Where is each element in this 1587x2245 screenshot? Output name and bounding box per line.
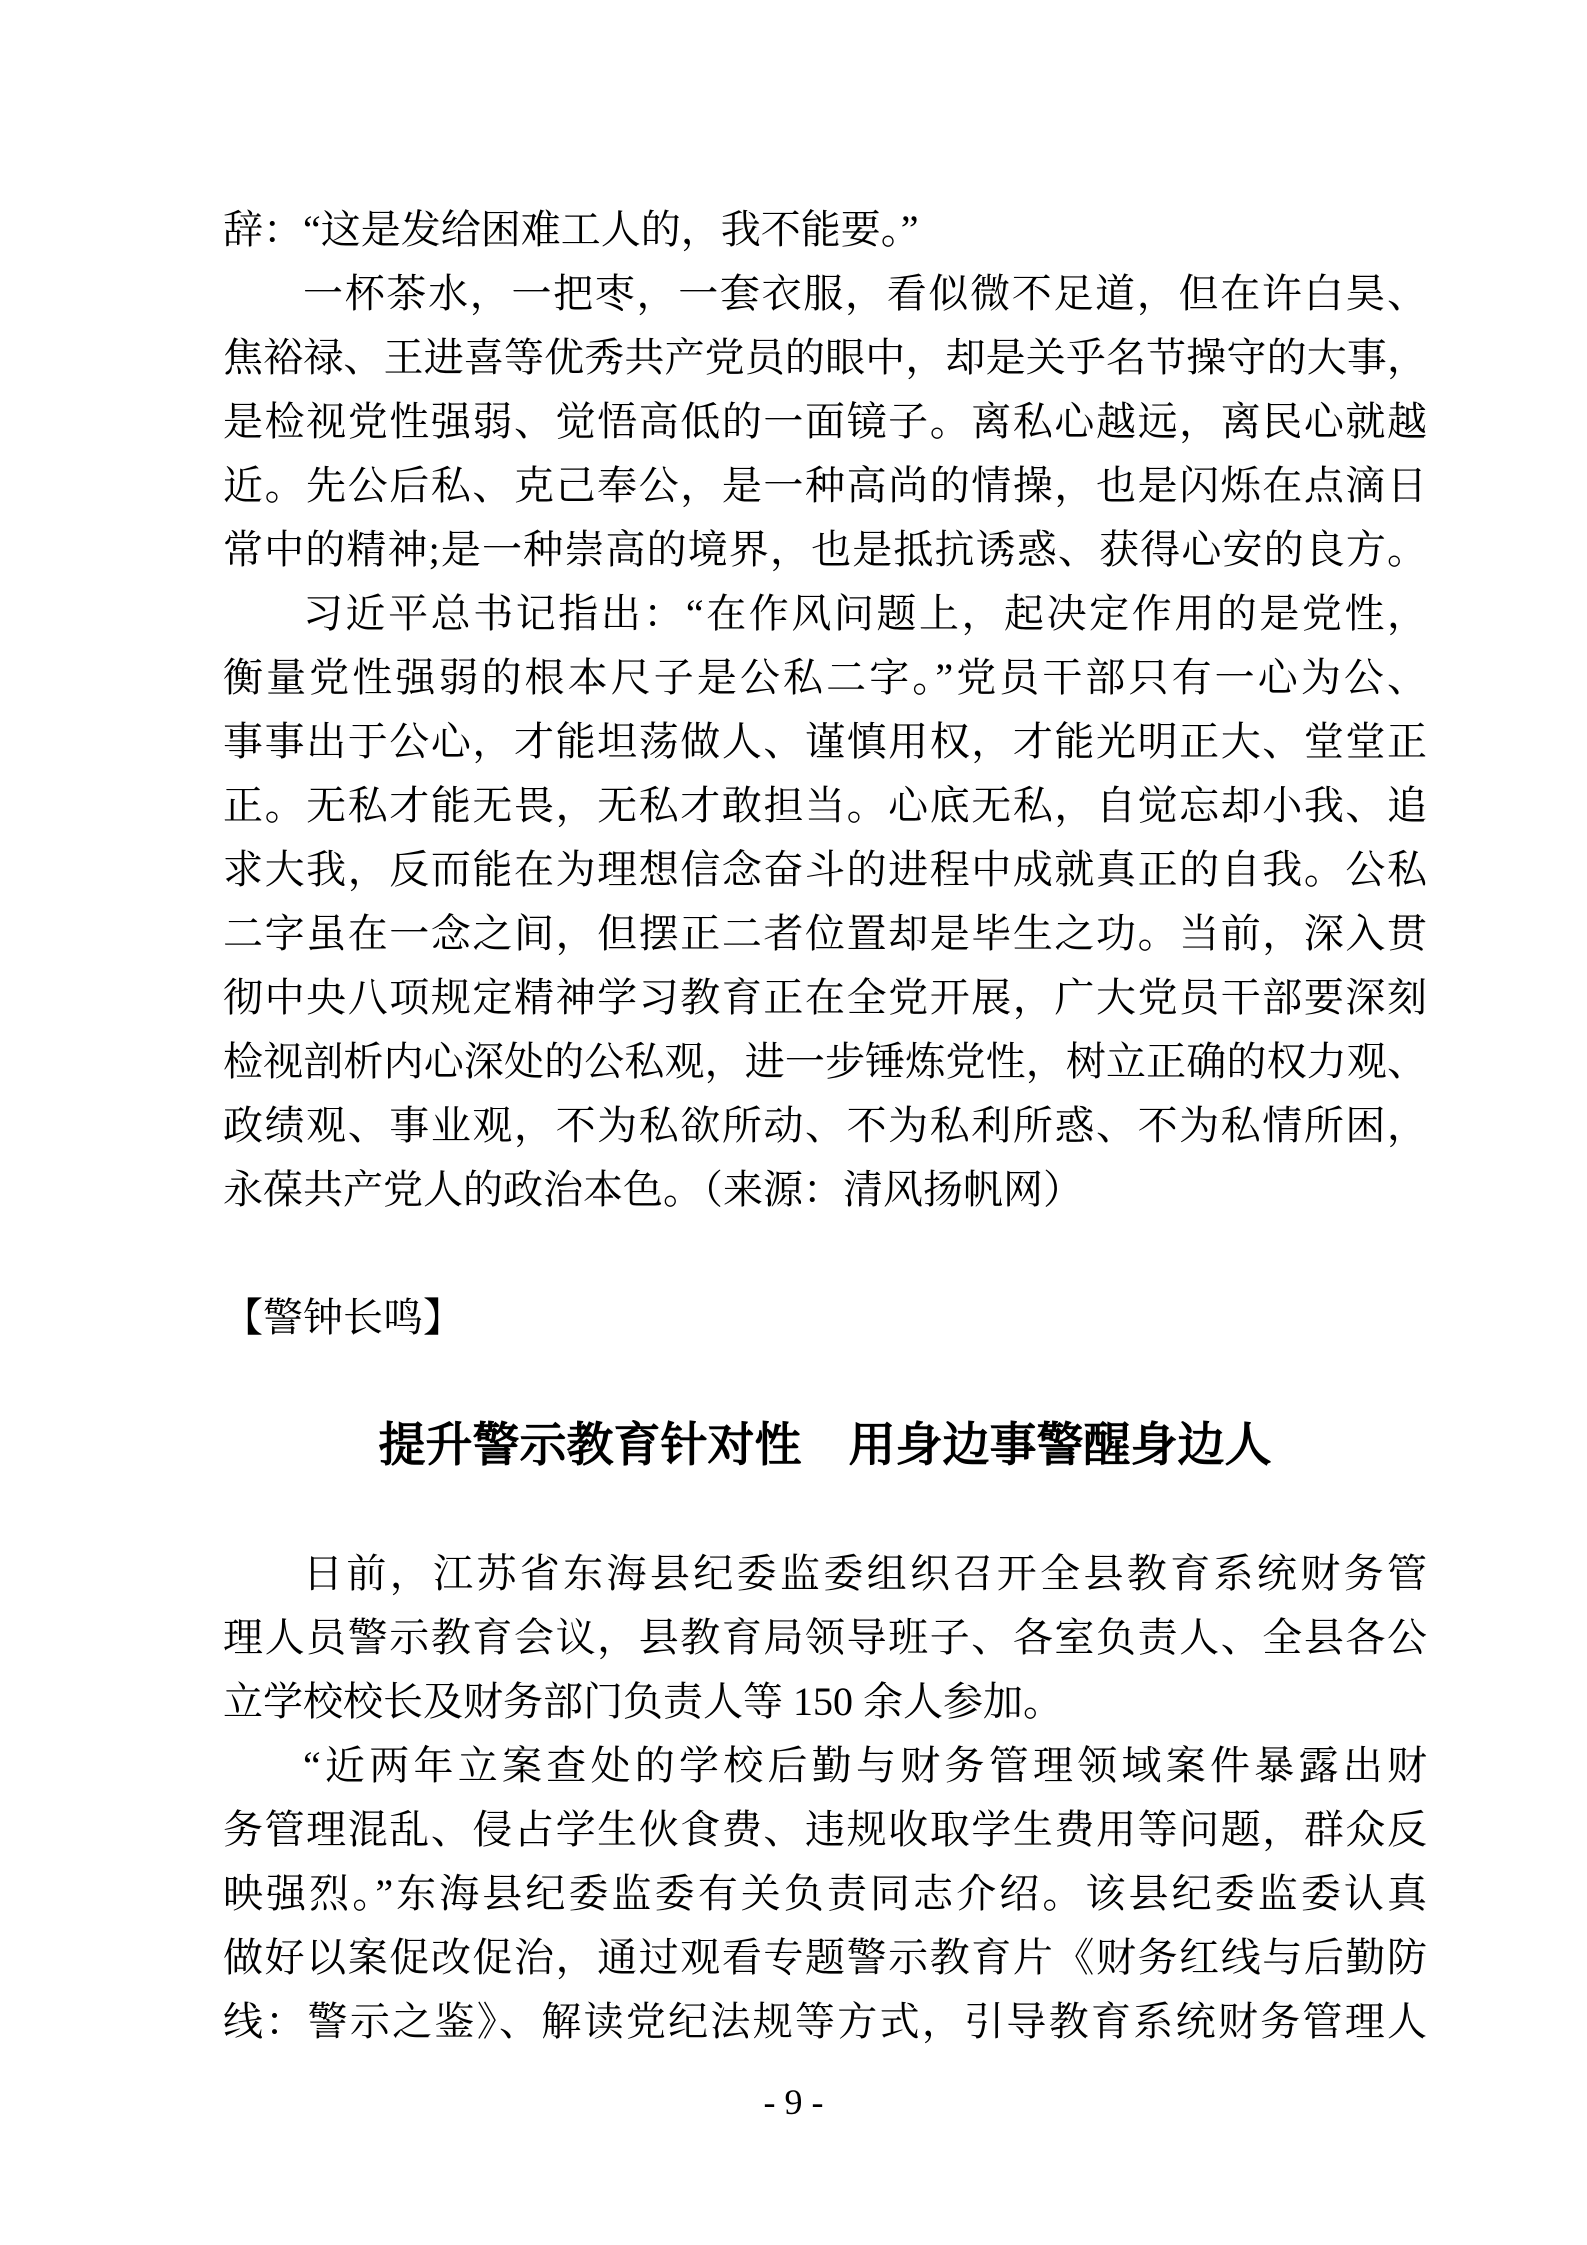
text-line: 立学校校长及财务部门负责人等 150 余人参加。 xyxy=(223,1670,1427,1734)
text-line: 是检视党性强弱、觉悟高低的一面镜子。离私心越远，离民心就越 xyxy=(223,390,1427,454)
document-body: 辞：“这是发给困难工人的，我不能要。” 一杯茶水，一把枣，一套衣服，看似微不足道… xyxy=(223,198,1427,2054)
text-line: 习近平总书记指出：“在作风问题上，起决定作用的是党性， xyxy=(223,582,1427,646)
text-line: “近两年立案查处的学校后勤与财务管理领域案件暴露出财 xyxy=(223,1734,1427,1798)
text-line: 检视剖析内心深处的公私观，进一步锤炼党性，树立正确的权力观、 xyxy=(223,1030,1427,1094)
text-line: 做好以案促改促治，通过观看专题警示教育片《财务红线与后勤防 xyxy=(223,1926,1427,1990)
text-line: 衡量党性强弱的根本尺子是公私二字。”党员干部只有一心为公、 xyxy=(223,646,1427,710)
blank-line xyxy=(223,1222,1427,1286)
text-line: 焦裕禄、王进喜等优秀共产党员的眼中，却是关乎名节操守的大事， xyxy=(223,326,1427,390)
document-page: 辞：“这是发给困难工人的，我不能要。” 一杯茶水，一把枣，一套衣服，看似微不足道… xyxy=(0,0,1587,2245)
text-line: 永葆共产党人的政治本色。（来源：清风扬帆网） xyxy=(223,1158,1427,1222)
text-line: 日前，江苏省东海县纪委监委组织召开全县教育系统财务管 xyxy=(223,1542,1427,1606)
text-line: 理人员警示教育会议，县教育局领导班子、各室负责人、全县各公 xyxy=(223,1606,1427,1670)
paragraph-case-education: “近两年立案查处的学校后勤与财务管理领域案件暴露出财 务管理混乱、侵占学生伙食费… xyxy=(223,1734,1427,2054)
paragraph-tea-analogy: 一杯茶水，一把枣，一套衣服，看似微不足道，但在许白昊、 焦裕禄、王进喜等优秀共产… xyxy=(223,262,1427,582)
text-line: 辞：“这是发给困难工人的，我不能要。” xyxy=(223,198,1427,262)
paragraph-meeting: 日前，江苏省东海县纪委监委组织召开全县教育系统财务管 理人员警示教育会议，县教育… xyxy=(223,1542,1427,1734)
text-line: 事事出于公心，才能坦荡做人、谨慎用权，才能光明正大、堂堂正 xyxy=(223,710,1427,774)
text-line: 求大我，反而能在为理想信念奋斗的进程中成就真正的自我。公私 xyxy=(223,838,1427,902)
paragraph-party-spirit: 习近平总书记指出：“在作风问题上，起决定作用的是党性， 衡量党性强弱的根本尺子是… xyxy=(223,582,1427,1222)
page-number: - 9 - xyxy=(0,2070,1587,2134)
article-title: 提升警示教育针对性 用身边事警醒身边人 xyxy=(223,1414,1427,1478)
paragraph-continuation: 辞：“这是发给困难工人的，我不能要。” xyxy=(223,198,1427,262)
text-line: 线：警示之鉴》、解读党纪法规等方式，引导教育系统财务管理人 xyxy=(223,1990,1427,2054)
blank-line xyxy=(223,1478,1427,1542)
blank-line xyxy=(223,1350,1427,1414)
text-line: 映强烈。”东海县纪委监委有关负责同志介绍。该县纪委监委认真 xyxy=(223,1862,1427,1926)
text-line: 政绩观、事业观，不为私欲所动、不为私利所惑、不为私情所困， xyxy=(223,1094,1427,1158)
section-label: 【警钟长鸣】 xyxy=(223,1286,1427,1350)
text-line: 彻中央八项规定精神学习教育正在全党开展，广大党员干部要深刻 xyxy=(223,966,1427,1030)
text-line: 近。先公后私、克己奉公，是一种高尚的情操，也是闪烁在点滴日 xyxy=(223,454,1427,518)
text-line: 二字虽在一念之间，但摆正二者位置却是毕生之功。当前，深入贯 xyxy=(223,902,1427,966)
text-line: 常中的精神;是一种崇高的境界，也是抵抗诱惑、获得心安的良方。 xyxy=(223,518,1427,582)
text-line: 务管理混乱、侵占学生伙食费、违规收取学生费用等问题，群众反 xyxy=(223,1798,1427,1862)
text-line: 一杯茶水，一把枣，一套衣服，看似微不足道，但在许白昊、 xyxy=(223,262,1427,326)
text-line: 正。无私才能无畏，无私才敢担当。心底无私，自觉忘却小我、追 xyxy=(223,774,1427,838)
